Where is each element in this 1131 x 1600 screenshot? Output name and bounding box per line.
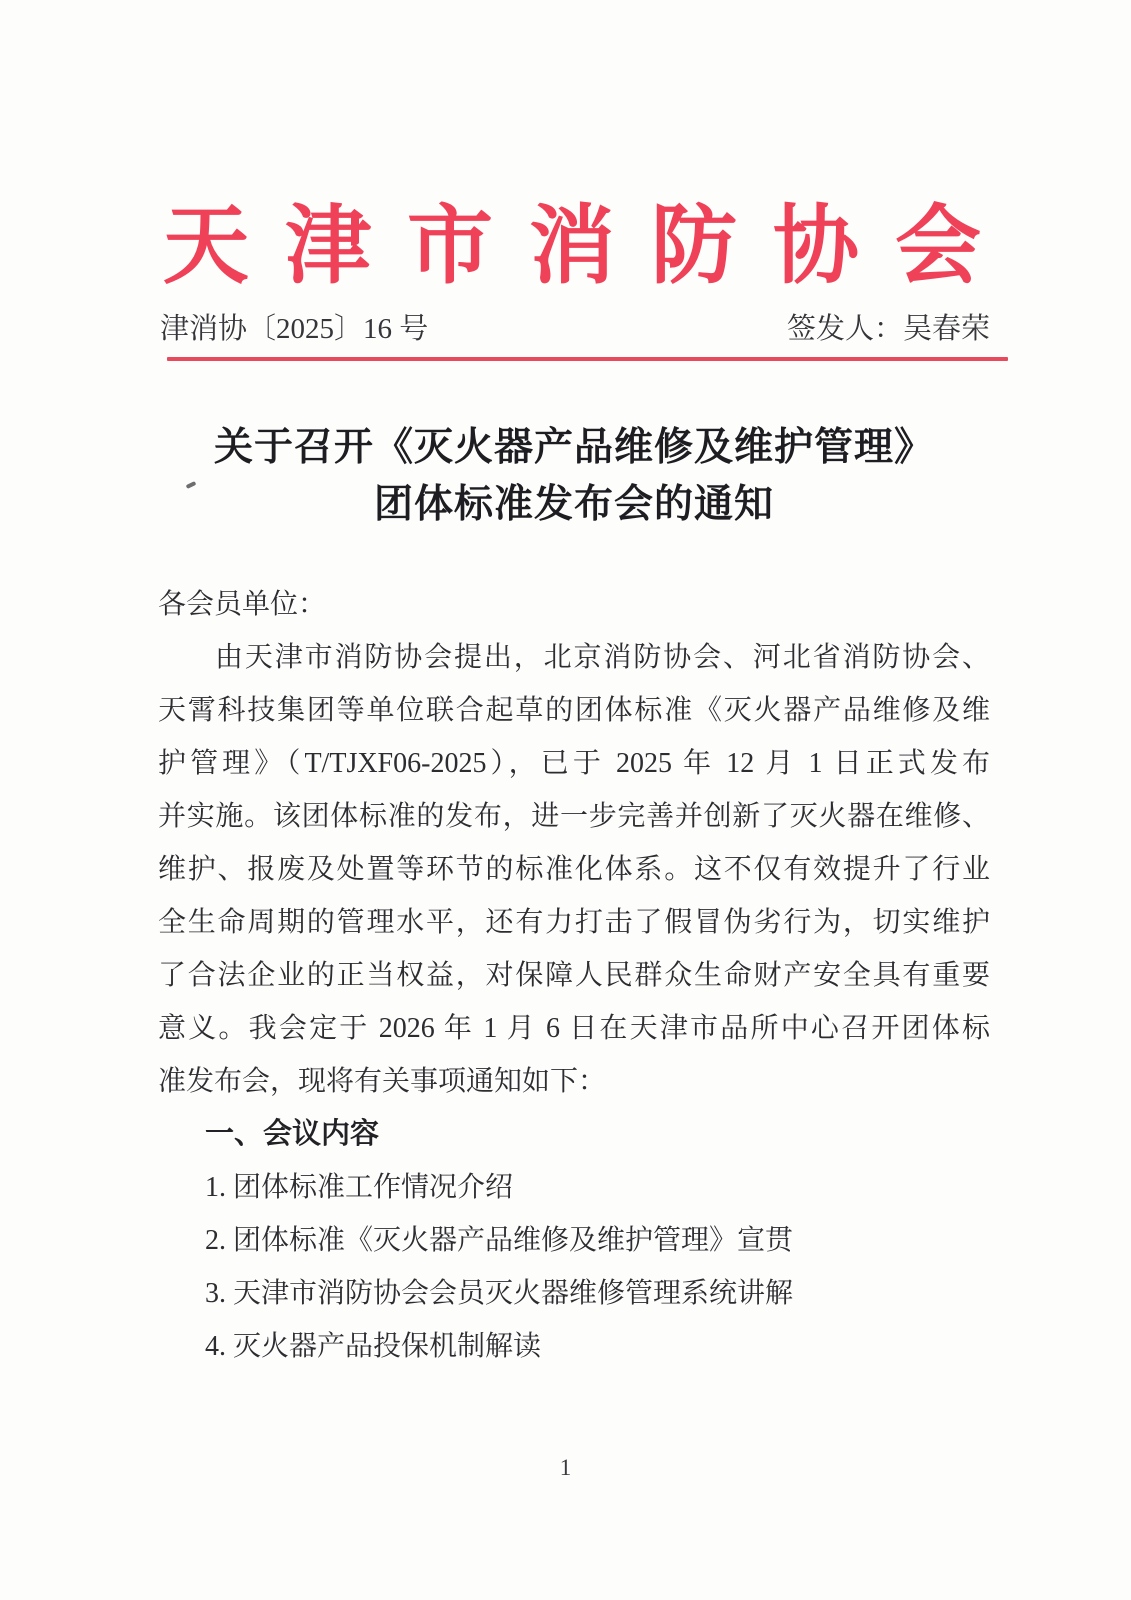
document-title-line1: 关于召开《灭火器产品维修及维护管理》: [150, 419, 998, 476]
salutation: 各会员单位：: [158, 578, 990, 631]
agenda-item: 1. 团体标准工作情况介绍: [158, 1161, 990, 1214]
body-line: 护管理》（T/TJXF06-2025），已于 2025 年 12 月 1 日正式…: [158, 737, 990, 790]
document-title-line2: 团体标准发布会的通知: [150, 476, 998, 533]
body-line: 维护、报废及处置等环节的标准化体系。这不仅有效提升了行业: [158, 843, 990, 896]
section-heading-meeting-content: 一、会议内容: [158, 1108, 990, 1161]
body-line: 天霄科技集团等单位联合起草的团体标准《灭火器产品维修及维: [158, 684, 990, 737]
org-name-masthead: 天津市消防协会: [163, 196, 1017, 296]
agenda-item: 3. 天津市消防协会会员灭火器维修管理系统讲解: [158, 1267, 990, 1320]
agenda-item: 4. 灭火器产品投保机制解读: [158, 1320, 990, 1373]
body-line: 全生命周期的管理水平，还有力打击了假冒伪劣行为，切实维护: [158, 896, 990, 949]
document-body: 各会员单位： 由天津市消防协会提出，北京消防协会、河北省消防协会、 天霄科技集团…: [158, 578, 990, 1373]
red-divider-rule: [167, 357, 1008, 361]
issuer: 签发人：吴春荣: [787, 306, 990, 347]
doc-number: 津消协〔2025〕16 号: [160, 306, 428, 347]
document-title: 关于召开《灭火器产品维修及维护管理》 团体标准发布会的通知: [150, 419, 998, 533]
document-page: 天津市消防协会 津消协〔2025〕16 号 签发人：吴春荣 关于召开《灭火器产品…: [0, 0, 1131, 1600]
body-line: 了合法企业的正当权益，对保障人民群众生命财产安全具有重要: [158, 949, 990, 1002]
body-line: 并实施。该团体标准的发布，进一步完善并创新了灭火器在维修、: [158, 790, 990, 843]
body-line: 准发布会，现将有关事项通知如下：: [158, 1055, 990, 1108]
doc-meta-row: 津消协〔2025〕16 号 签发人：吴春荣: [160, 306, 990, 347]
body-line: 意义。我会定于 2026 年 1 月 6 日在天津市品所中心召开团体标: [158, 1002, 990, 1055]
page-number: 1: [0, 1455, 1131, 1481]
body-line: 由天津市消防协会提出，北京消防协会、河北省消防协会、: [158, 631, 990, 684]
agenda-item: 2. 团体标准《灭火器产品维修及维护管理》宣贯: [158, 1214, 990, 1267]
